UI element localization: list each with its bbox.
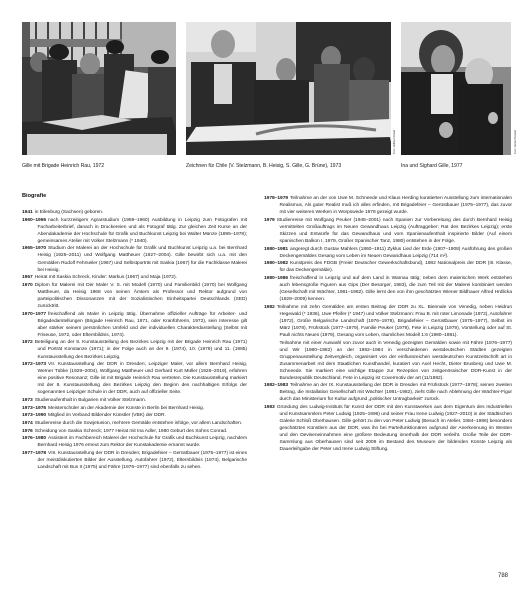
entry-year: 1976–1980 — [22, 436, 46, 441]
biography-entry: 1983Gründung des Ludwig-Instituts für Ku… — [264, 404, 512, 453]
biography-entry: 1980–1982Kunstpreis des FDGB (Freier Deu… — [264, 260, 512, 274]
entry-year: 1941 — [22, 210, 33, 215]
photo-zeichnen-fuer-chile — [186, 22, 391, 155]
photo-caption: Gille mit Brigade Heinrich Rau, 1972 — [22, 163, 104, 169]
entry-text: Meisterschüler an der Akademie der Künst… — [48, 406, 204, 411]
entry-text: Assistent im Fachbereich Malerei der Hoc… — [38, 436, 248, 448]
biography-entry: 1972–1973VII. Kunstausstellung der DDR i… — [22, 361, 247, 396]
entry-year: 1983 — [264, 405, 275, 410]
entry-text: Heirat mit Saskia Schreck, Kinder: Marku… — [35, 275, 177, 280]
biography-entry: 1982–1983Teilnahme an der IX. Kunstausst… — [264, 382, 512, 403]
photo-image — [401, 22, 511, 155]
entry-year: 1973–1990 — [22, 413, 46, 418]
entry-year: 1973 — [22, 398, 33, 403]
entry-text: Teilnahme an der IX. Kunstausstellung de… — [280, 383, 513, 402]
entry-year: 1965–1970 — [22, 246, 46, 251]
entry-text: Studienreise mit Wolfgang Peuker (1945–2… — [277, 218, 512, 244]
biography-entry: 1979Studienreise mit Wolfgang Peuker (19… — [264, 217, 512, 245]
entry-text: Teilnahme an der von Uwe M. Schneede und… — [280, 196, 513, 215]
entry-year: 1980–1982 — [264, 261, 288, 266]
biography-left-column: 1941in Eilenburg (Sachsen) geboren. 1960… — [22, 209, 247, 472]
entry-text: Studienaufenthalt in Bulgarien mit Volke… — [35, 398, 146, 403]
biography-entry: 1982Teilnahme mit zehn Gemälden am erste… — [264, 304, 512, 339]
page-number: 788 — [498, 573, 508, 579]
photo-ina-und-sighard-gille — [401, 22, 511, 155]
entry-year: 1979 — [264, 218, 275, 223]
biography-entry: 1974Studienreise durch die Sowjetunion, … — [22, 420, 247, 427]
biography-entry: 1970Diplom für Malerei mit Der Maler V. … — [22, 282, 247, 310]
entry-year: 1978–1979 — [264, 196, 288, 201]
entry-year: 1972–1973 — [22, 362, 46, 367]
biography-entry-continuation: Teilnahme mit einer Auswahl von zuvor au… — [264, 340, 512, 382]
entry-text: freischaffend als Maler in Leipzig tätig… — [38, 312, 248, 338]
entry-text: Kunstpreis des FDGB (Freier Deutscher Ge… — [280, 261, 513, 273]
entry-year: 1967 — [22, 275, 33, 280]
biography-entry: 1973–1990Mitglied im Verband Bildender K… — [22, 412, 247, 419]
biography-entry: 1977–1978VIII. Kunstausstellung der DDR … — [22, 450, 247, 471]
photo-caption: Zeichnen für Chile (V. Stelzmann, B. Hei… — [186, 163, 341, 169]
entry-year: 1982 — [264, 305, 275, 310]
entry-text: VIII. Kunstausstellung der DDR in Dresde… — [38, 451, 248, 470]
biography-entry: 1978–1979Teilnahme an der von Uwe M. Sch… — [264, 195, 512, 216]
entry-text: Teilnahme mit einer Auswahl von zuvor au… — [280, 341, 513, 381]
entry-year: 1980–1981 — [264, 247, 288, 252]
entry-text: Beteiligung an der 8. Kunstausstellung d… — [35, 340, 247, 359]
entry-year: 1960–1965 — [22, 218, 46, 223]
entry-year: 1973–1976 — [22, 406, 46, 411]
entry-text: Gründung des Ludwig-Instituts für Kunst … — [277, 405, 512, 452]
entry-text: Studium der Malerei an der Hochschule fü… — [38, 246, 248, 272]
photo-image — [186, 22, 391, 155]
biography-entry: 1980–1981angeregt durch Gustav Mahlers (… — [264, 246, 512, 260]
biography-entry: 1980–1986freischaffend in Leipzig und au… — [264, 275, 512, 303]
entry-year: 1972 — [22, 340, 33, 345]
entry-year: 1977–1978 — [22, 451, 46, 456]
entry-text: VII. Kunstausstellung der DDR in Dresden… — [38, 362, 248, 395]
biography-entry: 1960–1965nach kurzzeitigem Agrarstudium … — [22, 217, 247, 245]
entry-year: 1970 — [22, 283, 33, 288]
entry-text: Studienreise durch die Sowjetunion, mehr… — [35, 421, 242, 426]
biography-entry: 1941in Eilenburg (Sachsen) geboren. — [22, 209, 247, 216]
biography-entry: 1967Heirat mit Saskia Schreck, Kinder: M… — [22, 274, 247, 281]
photo-credit: Foto: Günter Rössler — [513, 118, 518, 154]
photo-caption: Ina und Sighard Gille, 1977 — [401, 163, 463, 169]
biography-entry: 1976Scheidung von Saskia Schreck; 1977 H… — [22, 428, 247, 435]
section-heading-biografie: Biografie — [22, 193, 46, 199]
photo-brigade-heinrich-rau — [22, 22, 176, 155]
entry-year: 1974 — [22, 421, 33, 426]
entry-text: in Eilenburg (Sachsen) geboren. — [35, 210, 104, 215]
biography-entry: 1965–1970Studium der Malerei an der Hoch… — [22, 245, 247, 273]
entry-text: Mitglied im Verband Bildender Künstler (… — [48, 413, 166, 418]
photo-image — [22, 22, 176, 155]
entry-text: angeregt durch Gustav Mahlers (1860–1911… — [280, 247, 513, 259]
biography-entry: 1976–1980Assistent im Fachbereich Malere… — [22, 435, 247, 449]
biography-entry: 1973–1976Meisterschüler an der Akademie … — [22, 405, 247, 412]
biography-right-column: 1978–1979Teilnahme an der von Uwe M. Sch… — [264, 195, 512, 454]
entry-year: 1980–1986 — [264, 276, 288, 281]
entry-text: Scheidung von Saskia Schreck; 1977 Heira… — [35, 429, 228, 434]
entry-text: Teilnahme mit zehn Gemälden am ersten Be… — [277, 305, 512, 338]
entry-year: 1982–1983 — [264, 383, 288, 388]
entry-text: freischaffend in Leipzig und auf dem Lan… — [280, 276, 513, 302]
entry-text: nach kurzzeitigem Agrarstudium (1959–196… — [38, 218, 248, 244]
biography-entry: 1970–1977freischaffend als Maler in Leip… — [22, 311, 247, 339]
biography-entry: 1972Beteiligung an der 8. Kunstausstellu… — [22, 339, 247, 360]
entry-year: 1970–1977 — [22, 312, 46, 317]
entry-text: Diplom für Malerei mit Der Maler V. S. m… — [35, 283, 247, 309]
photo-credit: Foto: Helfried Strauß — [392, 118, 397, 154]
biography-entry: 1973Studienaufenthalt in Bulgarien mit V… — [22, 397, 247, 404]
entry-year: 1976 — [22, 429, 33, 434]
